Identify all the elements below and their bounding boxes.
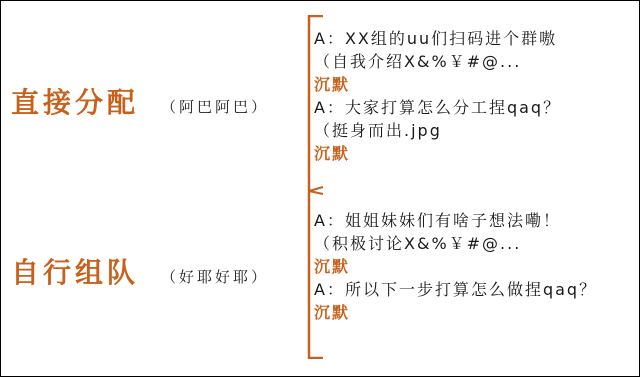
category-title: 自行组队 <box>11 251 139 291</box>
silence-label: 沉默 <box>314 73 561 96</box>
category-note: （阿巴阿巴） <box>161 96 269 117</box>
dialogue-line: A：大家打算怎么分工捏qaq？ <box>314 96 561 119</box>
dialogue-group-self: A：姐姐妹妹们有啥子想法嘞！ （积极讨论X&%￥#@... 沉默 A：所以下一步… <box>314 209 597 324</box>
dialogue-line: （积极讨论X&%￥#@... <box>314 232 597 255</box>
silence-label: 沉默 <box>314 301 597 324</box>
dialogue-line: A：姐姐妹妹们有啥子想法嘞！ <box>314 209 597 232</box>
dialogue-line: A：XX组的uu们扫码进个群嗷 <box>314 27 561 50</box>
dialogue-line: （自我介绍X&%￥#@... <box>314 50 561 73</box>
category-title: 直接分配 <box>11 81 139 121</box>
category-direct-assign: 直接分配 （阿巴阿巴） <box>11 81 269 121</box>
dialogue-group-direct: A：XX组的uu们扫码进个群嗷 （自我介绍X&%￥#@... 沉默 A：大家打算… <box>314 27 561 165</box>
dialogue-line: A：所以下一步打算怎么做捏qaq？ <box>314 278 597 301</box>
dialogue-line: （挺身而出.jpg <box>314 119 561 142</box>
diagram-frame: 直接分配 （阿巴阿巴） 自行组队 （好耶好耶） A：XX组的uu们扫码进个群嗷 … <box>0 0 640 377</box>
silence-label: 沉默 <box>314 142 561 165</box>
category-self-team: 自行组队 （好耶好耶） <box>11 251 269 291</box>
category-note: （好耶好耶） <box>161 266 269 287</box>
silence-label: 沉默 <box>314 255 597 278</box>
